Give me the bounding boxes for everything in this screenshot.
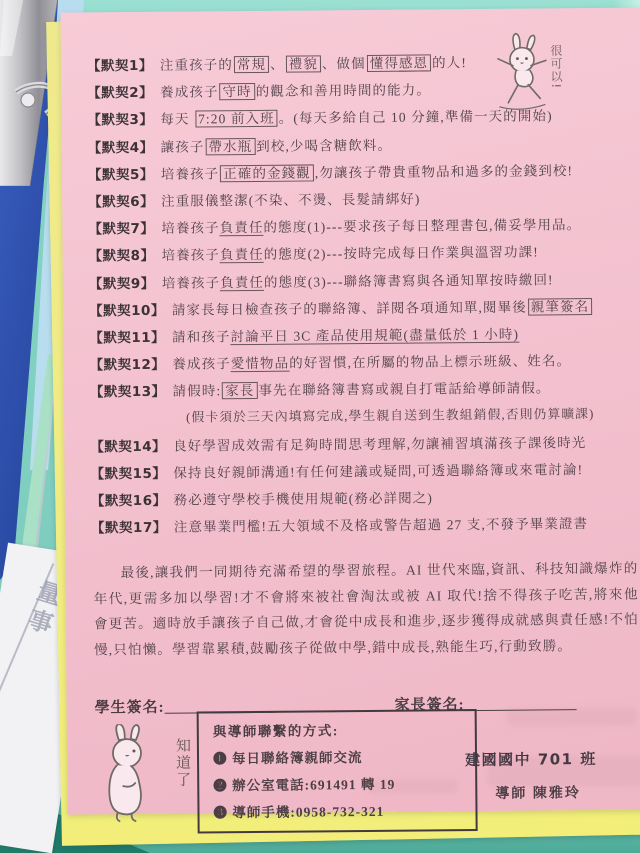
agreement-items: 【默契1】注重孩子的常規、禮貌、做個懂得感恩的人!【默契2】養成孩子守時的觀念和… [87, 47, 640, 541]
plain-text: 務必遵守學校手機使用規範(務必詳閱之) [174, 490, 434, 507]
item-text: 注意畢業門檻!五大領域不及格或警告超過 27 支,不發予畢業證書 [174, 516, 588, 535]
student-signature-label: 學生簽名: [95, 700, 165, 717]
item-text: 請假時:家長事先在聯絡簿書寫或親自打電話給導師請假。 [173, 381, 551, 399]
item-number-label: 【默契10】 [89, 302, 165, 319]
item-text: 保持良好親師溝通!有任何建議或疑問,可透過聯絡簿或來電討論! [173, 462, 583, 481]
plain-text: 。(每天多給自己 10 分鐘,準備一天的開始) [279, 109, 553, 126]
item-number-label: 【默契8】 [89, 248, 155, 265]
item-number-label: 【默契5】 [88, 167, 154, 184]
plain-text: 請家長每日檢查孩子的聯絡簿、詳閱各項通知單,閱畢後 [172, 299, 527, 317]
teacher-contact-box: 與導師聯繫的方式: ❶ 每日聯絡簿親師交流❷ 辦公室電話:691491 轉 19… [197, 709, 478, 833]
item-number-label: 【默契4】 [88, 139, 154, 156]
plain-text: 保持良好親師溝通!有任何建議或疑問,可透過聯絡簿或來電討論! [173, 462, 583, 481]
closing-paragraph: 最後,讓我們一同期待充滿希望的學習旅程。AI 世代來臨,資訊、科技知識爆炸的年代… [93, 556, 639, 663]
boxed-text: 帶水瓶 [205, 138, 255, 155]
item-number-label: 【默契1】 [87, 58, 153, 75]
plain-text: 的態度(3)---聯絡簿書寫與各通知單按時繳回! [264, 272, 554, 290]
boxed-text: 守時 [219, 83, 254, 100]
bunny-speech-bottom: 知道了 [173, 738, 194, 789]
underlined-text: 負責任 [220, 220, 264, 236]
item-number-label: 【默契7】 [88, 221, 154, 238]
item-text: 注重服儀整潔(不染、不燙、長髮請綁好) [161, 191, 421, 208]
agreement-item: 【默契15】保持良好親師溝通!有任何建議或疑問,可透過聯絡簿或來電討論! [90, 455, 640, 487]
plain-text: (假卡須於三天內填寫完成,學生親自送到生教組銷假,否則仍算曠課) [186, 407, 595, 425]
item-number-label: 【默契11】 [89, 330, 165, 347]
boxed-text: 禮貌 [286, 55, 321, 72]
item-number-label: 【默契12】 [90, 357, 166, 374]
plain-text: 懂得 [370, 56, 399, 71]
item-number-label: 【默契6】 [88, 194, 154, 211]
plain-text: 培養孩子 [161, 166, 220, 182]
underlined-text: 負責任 [220, 274, 264, 290]
item-number-label: 【默契13】 [90, 384, 166, 401]
contact-line: ❶ 每日聯絡簿親師交流 [213, 745, 465, 767]
plain-text: 培養孩子 [161, 248, 220, 264]
underlined-text: 討論平日 3C 產品使用規範(盡量低於 1 小時) [230, 327, 519, 346]
item-text: 養成孩子愛惜物品的好習慣,在所屬的物品上標示班級、姓名。 [172, 353, 571, 372]
contact-line: ❸ 導師手機:0958-732-321 [213, 799, 465, 821]
item-number-label: 【默契9】 [89, 275, 155, 292]
boxed-text: 7:20 前入班 [195, 110, 278, 128]
boxed-text: 親筆簽名 [528, 298, 593, 316]
boxed-text: 正確的金錢觀 [220, 164, 314, 182]
plain-text: 的態度(1)---要求孩子每日整理書包,備妥學用品。 [263, 217, 581, 235]
item-text: 請和孩子討論平日 3C 產品使用規範(盡量低於 1 小時) [172, 327, 519, 346]
bunny-speech-top: 很可以! [548, 44, 565, 89]
item-number-label: 【默契3】 [87, 112, 153, 129]
jumping-bunny-icon [491, 32, 554, 111]
item-text: 培養孩子負責任的態度(1)---要求孩子每日整理書包,備妥學用品。 [161, 217, 581, 236]
plain-text: 請和孩子 [172, 329, 231, 345]
item-text: 請家長每日檢查孩子的聯絡簿、詳閱各項通知單,閱畢後親筆簽名 [172, 299, 593, 318]
show-through-smudge [367, 779, 457, 794]
boxed-text: 家長 [222, 382, 257, 399]
plain-text: 事先在聯絡簿書寫或親自打電話給導師請假。 [258, 381, 550, 399]
boxed-text: 懂得感恩 [367, 54, 432, 72]
item-text: 注重孩子的常規、禮貌、做個懂得感恩的人! [160, 55, 467, 73]
item-text: 務必遵守學校手機使用規範(務必詳閱之) [174, 490, 434, 507]
plain-text: 良好學習成效需有足夠時間思考理解,勿讓補習填滿孩子課後時光 [173, 435, 586, 454]
item-number-label: 【默契14】 [90, 438, 166, 455]
agreement-item: 【默契17】注意畢業門檻!五大領域不及格或警告超過 27 支,不發予畢業證書 [91, 510, 640, 542]
item-number-label: 【默契15】 [90, 466, 166, 483]
plain-text: ,勿讓孩子帶貴重物品和過多的金錢到校! [315, 163, 573, 180]
plain-text: 養成孩子 [172, 356, 231, 372]
plain-text: 每天 [160, 112, 194, 127]
contact-box-title: 與導師聯繫的方式: [213, 718, 465, 740]
item-text: 每天 7:20 前入班。(每天多給自己 10 分鐘,準備一天的開始) [160, 109, 552, 127]
plain-text: 養成孩子 [160, 84, 219, 100]
item-text: 培養孩子負責任的態度(2)---按時完成每日作業與溫習功課! [161, 245, 538, 264]
underlined-text: 感恩 [399, 55, 428, 71]
plain-text: 注意畢業門檻!五大領域不及格或警告超過 27 支,不發予畢業證書 [174, 516, 588, 535]
agreement-item: 【默契5】培養孩子正確的金錢觀,勿讓孩子帶貴重物品和過多的金錢到校! [88, 156, 640, 188]
plain-text: 、做個 [322, 56, 366, 71]
plain-text: 培養孩子 [162, 275, 221, 291]
item-text: 養成孩子守時的觀念和善用時間的能力。 [160, 83, 431, 100]
item-text: 良好學習成效需有足夠時間思考理解,勿讓補習填滿孩子課後時光 [173, 435, 586, 454]
standing-bunny-icon [89, 724, 170, 825]
plain-text: 讓孩子 [161, 139, 205, 154]
plain-text: 培養孩子 [161, 220, 220, 236]
agreement-item: 【默契7】培養孩子負責任的態度(1)---要求孩子每日整理書包,備妥學用品。 [88, 211, 640, 243]
item-number-label: 【默契16】 [91, 493, 167, 510]
item-text: 培養孩子負責任的態度(3)---聯絡簿書寫與各通知單按時繳回! [162, 272, 554, 291]
plain-text: 的好習慣,在所屬的物品上標示班級、姓名。 [289, 353, 571, 370]
agreement-paper: 【默契1】注重孩子的常規、禮貌、做個懂得感恩的人!【默契2】養成孩子守時的觀念和… [61, 7, 640, 814]
item-text: (假卡須於三天內填寫完成,學生親自送到生教組銷假,否則仍算曠課) [186, 407, 595, 425]
plain-text: 到校,少喝含糖飲料。 [256, 137, 392, 153]
show-through-smudge [487, 756, 640, 787]
plain-text: 請假時: [173, 384, 222, 399]
underlined-text: 負責任 [220, 247, 264, 263]
plain-text: 的觀念和善用時間的能力。 [256, 83, 431, 100]
item-number-label: 【默契2】 [87, 85, 153, 102]
plain-text: 的態度(2)---按時完成每日作業與溫習功課! [264, 245, 539, 262]
show-through-smudge [507, 708, 637, 727]
agreement-note: (假卡須於三天內填寫完成,學生親自送到生教組銷假,否則仍算曠課) [90, 401, 640, 433]
boxed-text: 常規 [234, 56, 269, 73]
item-number-label: 【默契17】 [91, 520, 167, 537]
plain-text: 的人! [432, 55, 467, 70]
photo-scene: 量事 【默契1】注重孩子的常規、禮貌、做個懂得感恩的人!【默契2】養成孩子守時的… [0, 0, 640, 853]
plain-text: 注重孩子的 [160, 57, 233, 73]
plain-text: 注重服儀整潔(不染、不燙、長髮請綁好) [161, 191, 421, 208]
item-text: 培養孩子正確的金錢觀,勿讓孩子帶貴重物品和過多的金錢到校! [161, 163, 573, 182]
agreement-item: 【默契12】養成孩子愛惜物品的好習慣,在所屬的物品上標示班級、姓名。 [89, 346, 640, 378]
plain-text: 、 [270, 57, 285, 72]
underlined-text: 愛惜物品 [231, 356, 290, 373]
agreement-item: 【默契10】請家長每日檢查孩子的聯絡簿、詳閱各項通知單,閱畢後親筆簽名 [89, 292, 640, 324]
item-text: 讓孩子帶水瓶到校,少喝含糖飲料。 [161, 137, 393, 154]
